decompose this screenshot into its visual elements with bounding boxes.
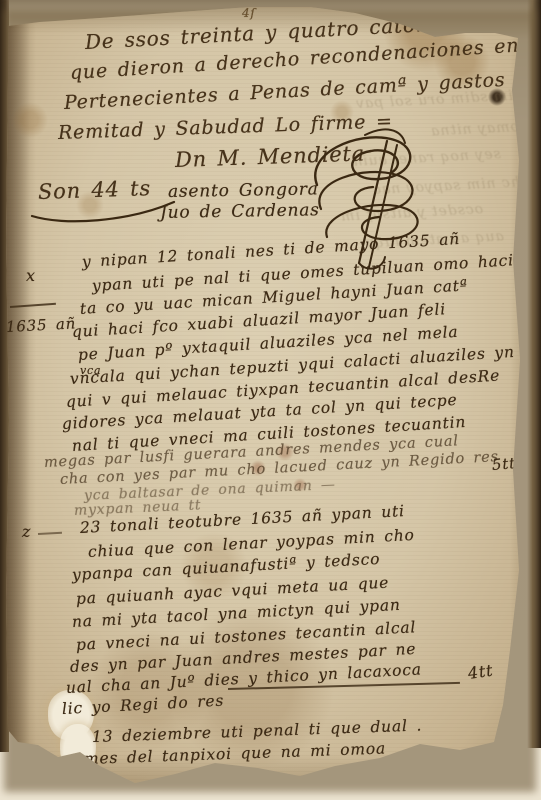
folio-mark: 4ſ — [242, 6, 256, 20]
countersignature: asento Gongora — [168, 179, 319, 202]
margin-year-note: 1635 añ — [6, 314, 77, 336]
margin-amount: 4tt — [467, 661, 495, 683]
margin-dash — [38, 532, 62, 535]
manuscript-page: im sdim oru sol pav sup inomay nitna sey… — [4, 6, 536, 788]
manuscript-scan: im sdim oru sol pav sup inomay nitna sey… — [0, 0, 541, 800]
countersignature: Juo de Cardenas — [160, 200, 320, 223]
margin-mark: z — [22, 522, 31, 541]
total-underline-flourish — [28, 196, 178, 226]
margin-mark: x — [26, 266, 36, 285]
